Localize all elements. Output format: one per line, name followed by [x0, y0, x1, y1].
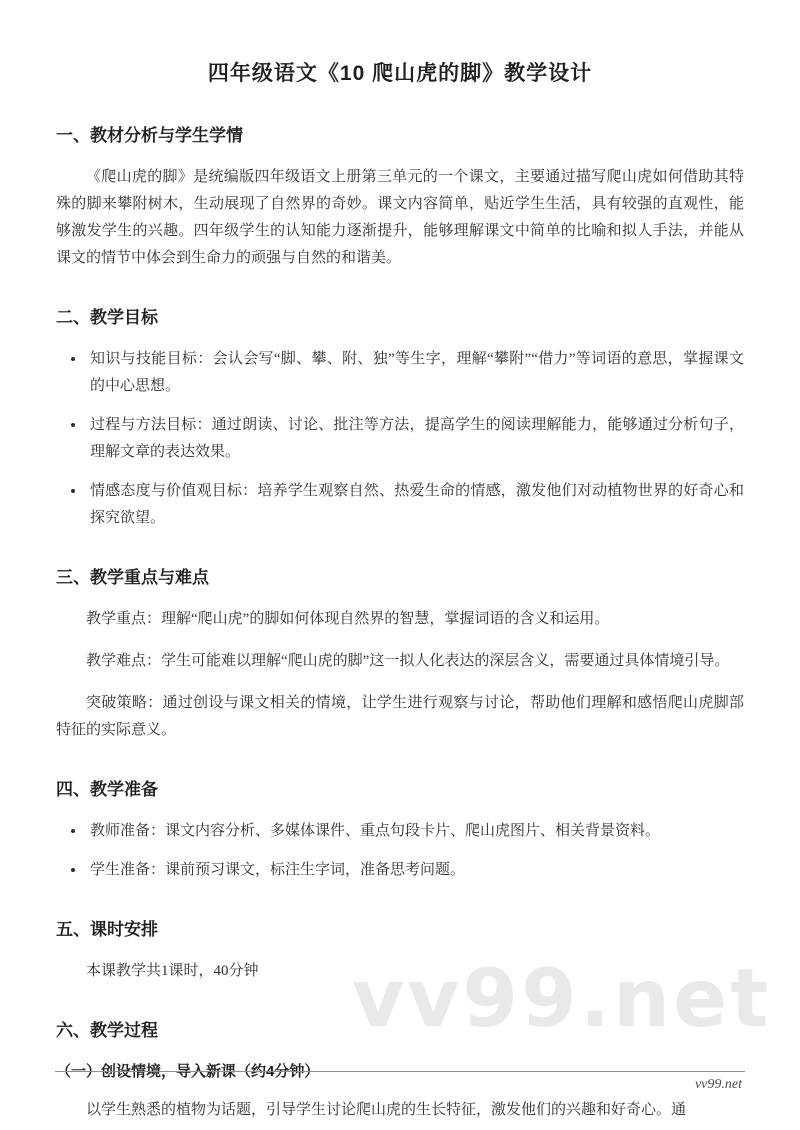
- page-title: 四年级语文《10 爬山虎的脚》教学设计: [56, 58, 744, 90]
- footer-site-label: vv99.net: [695, 1077, 742, 1093]
- document-content: 四年级语文《10 爬山虎的脚》教学设计 一、教材分析与学生学情 《爬山虎的脚》是…: [56, 58, 744, 1124]
- paragraph: 教学重点：理解“爬山虎”的脚如何体现自然界的智慧，掌握词语的含义和运用。: [56, 606, 744, 633]
- list-item: 过程与方法目标：通过朗读、讨论、批注等方法，提高学生的阅读理解能力，能够通过分析…: [86, 412, 744, 466]
- section-class-schedule: 五、课时安排 本课教学共1课时，40分钟: [56, 918, 744, 985]
- section-material-analysis: 一、教材分析与学生学情 《爬山虎的脚》是统编版四年级语文上册第三单元的一个课文，…: [56, 124, 744, 272]
- document-page: vv99.net 四年级语文《10 爬山虎的脚》教学设计 一、教材分析与学生学情…: [0, 0, 800, 1130]
- section-heading: 三、教学重点与难点: [56, 566, 744, 590]
- list-item: 情感态度与价值观目标：培养学生观察自然、热爱生命的情感，激发他们对动植物世界的好…: [86, 478, 744, 532]
- section-heading: 二、教学目标: [56, 306, 744, 330]
- paragraph: 突破策略：通过创设与课文相关的情境，让学生进行观察与讨论，帮助他们理解和感悟爬山…: [56, 690, 744, 744]
- paragraph: 教学难点：学生可能难以理解“爬山虎的脚”这一拟人化表达的深层含义，需要通过具体情…: [56, 648, 744, 675]
- section-heading: 五、课时安排: [56, 918, 744, 942]
- paragraph: 《爬山虎的脚》是统编版四年级语文上册第三单元的一个课文，主要通过描写爬山虎如何借…: [56, 164, 744, 272]
- section-teaching-preparation: 四、教学准备 教师准备：课文内容分析、多媒体课件、重点句段卡片、爬山虎图片、相关…: [56, 778, 744, 884]
- list-item: 学生准备：课前预习课文，标注生字词，准备思考问题。: [86, 857, 744, 884]
- objectives-list: 知识与技能目标：会认会写“脚、攀、附、独”等生字，理解“攀附”“借力”等词语的意…: [56, 346, 744, 532]
- subsection-heading: （一）创设情境，导入新课（约4分钟）: [56, 1061, 744, 1083]
- list-item: 知识与技能目标：会认会写“脚、攀、附、独”等生字，理解“攀附”“借力”等词语的意…: [86, 346, 744, 400]
- section-heading: 一、教材分析与学生学情: [56, 124, 744, 148]
- paragraph: 以学生熟悉的植物为话题，引导学生讨论爬山虎的生长特征，激发他们的兴趣和好奇心。通: [56, 1097, 744, 1124]
- preparation-list: 教师准备：课文内容分析、多媒体课件、重点句段卡片、爬山虎图片、相关背景资料。 学…: [56, 818, 744, 884]
- paragraph: 本课教学共1课时，40分钟: [56, 958, 744, 985]
- footer-divider: [55, 1071, 745, 1072]
- section-heading: 四、教学准备: [56, 778, 744, 802]
- section-heading: 六、教学过程: [56, 1019, 744, 1043]
- section-teaching-objectives: 二、教学目标 知识与技能目标：会认会写“脚、攀、附、独”等生字，理解“攀附”“借…: [56, 306, 744, 532]
- section-key-difficult-points: 三、教学重点与难点 教学重点：理解“爬山虎”的脚如何体现自然界的智慧，掌握词语的…: [56, 566, 744, 744]
- list-item: 教师准备：课文内容分析、多媒体课件、重点句段卡片、爬山虎图片、相关背景资料。: [86, 818, 744, 845]
